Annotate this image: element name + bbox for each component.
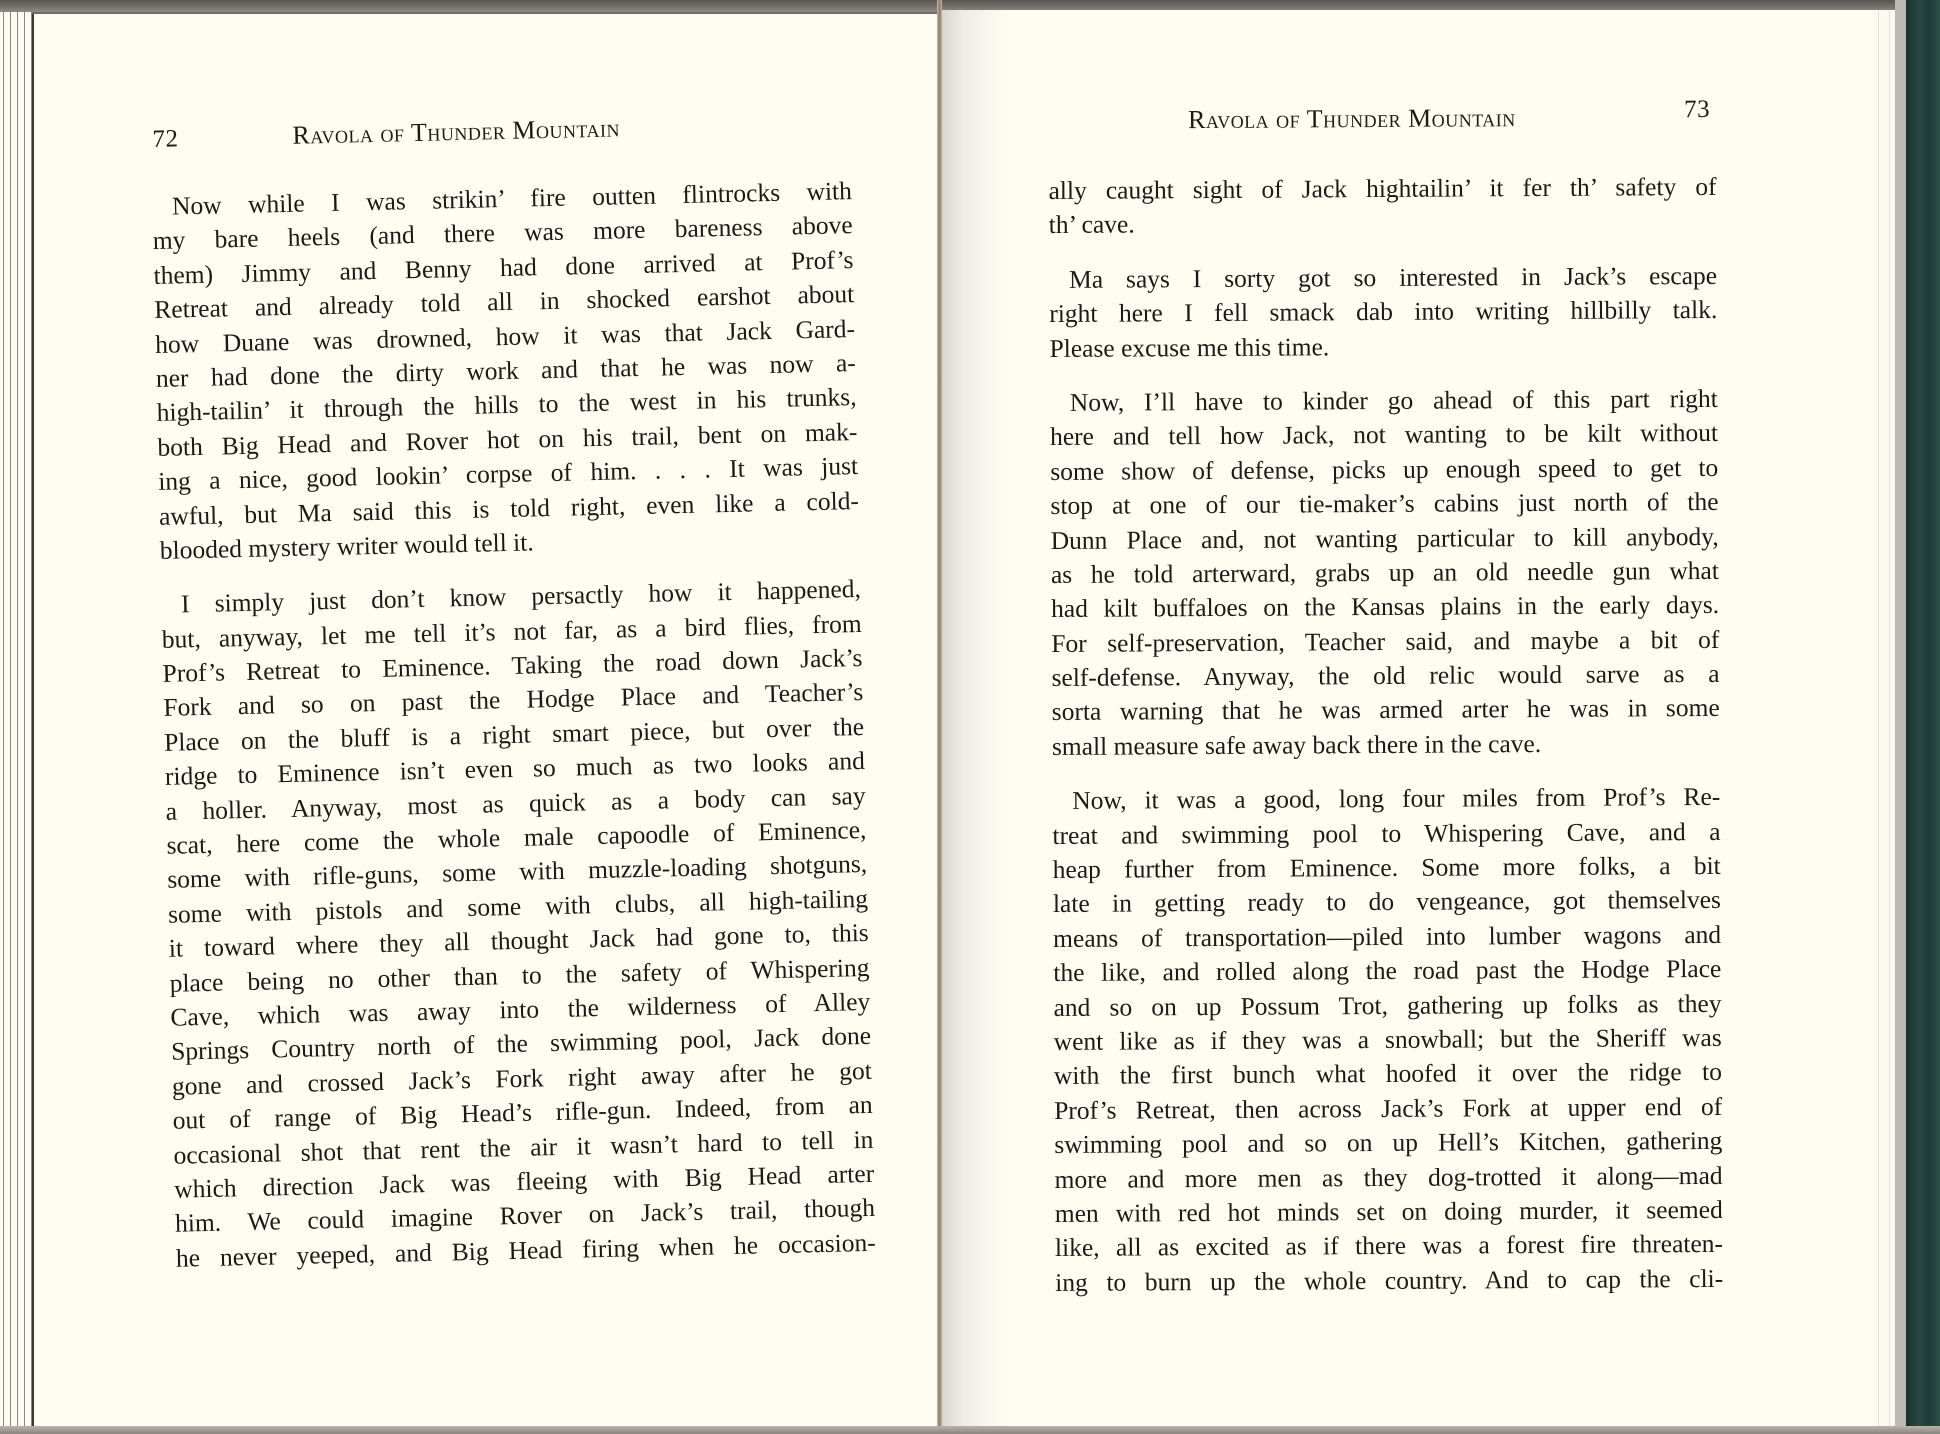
- left-body: Now while I was strikin’ fire outten fli…: [152, 174, 876, 1276]
- page-edge-shadow: [1895, 0, 1906, 1434]
- text-line: Ma says I sorty got so interested in Jac…: [1049, 259, 1717, 297]
- text-line: small measure safe away back there in th…: [1052, 726, 1720, 764]
- left-page-text: 72 Ravola of Thunder Mountain Now while …: [150, 102, 877, 1296]
- paragraph: Ma says I sorty got so interested in Jac…: [1049, 259, 1718, 366]
- text-line: Dunn Place and, not wanting particular t…: [1051, 519, 1719, 557]
- text-line: like, all as excited as if there was a f…: [1055, 1227, 1723, 1265]
- text-line: Now, I’ll have to kinder go ahead of thi…: [1050, 382, 1718, 420]
- text-line: more and more men as they dog-trotted it…: [1054, 1158, 1722, 1196]
- text-line: treat and swimming pool to Whispering Ca…: [1052, 815, 1720, 853]
- right-page-text: Ravola of Thunder Mountain 73 ally caugh…: [1048, 96, 1723, 1320]
- text-line: late in getting ready to do vengeance, g…: [1053, 883, 1721, 921]
- text-line: ing to burn up the whole country. And to…: [1055, 1262, 1723, 1300]
- text-line: stop at one of our tie-maker’s cabins ju…: [1050, 485, 1718, 523]
- book-cover-edge: [1906, 0, 1940, 1434]
- page-number-left: 72: [152, 125, 179, 154]
- text-line: heap further from Eminence. Some more fo…: [1053, 849, 1721, 887]
- text-line: self-defense. Anyway, the old relic woul…: [1051, 657, 1719, 695]
- right-running-head: Ravola of Thunder Mountain 73: [1048, 96, 1716, 150]
- text-line: with the first bunch what hoofed it over…: [1054, 1055, 1722, 1093]
- paragraph: I simply just don’t know persactly how i…: [161, 572, 876, 1276]
- text-line: had kilt buffaloes on the Kansas plains …: [1051, 588, 1719, 626]
- text-line: and so on up Possum Trot, gathering up f…: [1053, 986, 1721, 1024]
- paragraph: Now, I’ll have to kinder go ahead of thi…: [1050, 382, 1720, 764]
- text-line: men with red hot minds set on doing murd…: [1055, 1193, 1723, 1231]
- text-line: here and tell how Jack, not wanting to b…: [1050, 416, 1718, 454]
- right-page-stack-edge: [1872, 10, 1896, 1427]
- text-line: ally caught sight of Jack hightailin’ it…: [1048, 170, 1716, 208]
- text-line: right here I fell smack dab into writing…: [1049, 293, 1717, 331]
- text-line: Prof’s Retreat, then across Jack’s Fork …: [1054, 1090, 1722, 1128]
- right-body: ally caught sight of Jack hightailin’ it…: [1048, 170, 1723, 1300]
- paragraph: Now while I was strikin’ fire outten fli…: [152, 174, 860, 568]
- book-spread: 72 Ravola of Thunder Mountain Now while …: [0, 0, 1940, 1434]
- text-line: Please excuse me this time.: [1049, 327, 1717, 365]
- text-line: For self-preservation, Teacher said, and…: [1051, 623, 1719, 661]
- left-page-stack-edge: [0, 12, 32, 1426]
- text-line: the like, and rolled along the road past…: [1053, 952, 1721, 990]
- text-line: went like as if they was a snowball; but…: [1054, 1021, 1722, 1059]
- text-line: as he told arterward, grabs up an old ne…: [1051, 554, 1719, 592]
- scan-bottom-edge: [0, 1426, 1940, 1434]
- text-line: Now, it was a good, long four miles from…: [1052, 780, 1720, 818]
- text-line: th’ cave.: [1049, 204, 1717, 242]
- text-line: means of transportation—piled into lumbe…: [1053, 918, 1721, 956]
- text-line: some show of defense, picks up enough sp…: [1050, 451, 1718, 489]
- running-head-title-right: Ravola of Thunder Mountain: [1188, 103, 1516, 135]
- text-line: sorta warning that he was armed arter he…: [1052, 691, 1720, 729]
- paragraph: ally caught sight of Jack hightailin’ it…: [1048, 170, 1716, 243]
- paragraph: Now, it was a good, long four miles from…: [1052, 780, 1723, 1300]
- text-line: swimming pool and so on up Hell’s Kitche…: [1054, 1124, 1722, 1162]
- page-number-right: 73: [1684, 96, 1710, 124]
- running-head-title-left: Ravola of Thunder Mountain: [292, 113, 620, 150]
